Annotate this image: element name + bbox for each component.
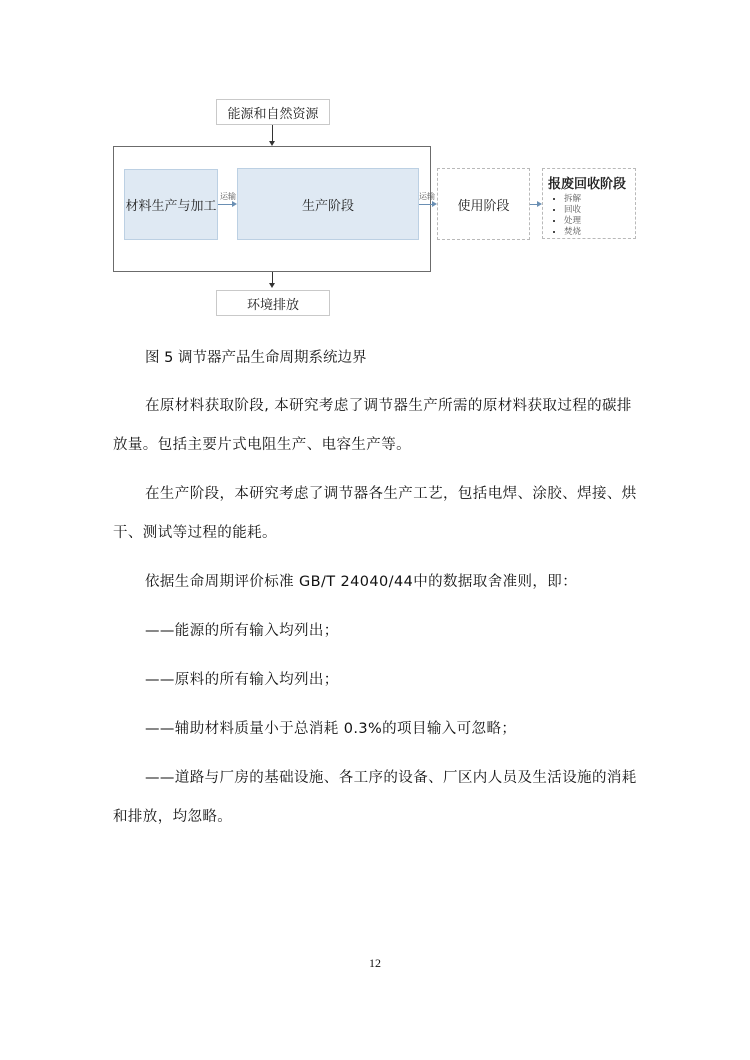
stage-recycle-box: 报废回收阶段 拆解 回收 处理 焚烧 [542,168,636,239]
arrow-down-icon [269,283,275,288]
paragraph-criteria-intro: 依据生命周期评价标准 GB/T 24040/44中的数据取舍准则，即： [113,572,643,592]
input-connector [272,125,273,142]
recycle-item: 回收 [564,205,581,216]
recycle-item: 处理 [564,216,581,227]
recycle-item: 拆解 [564,194,581,205]
transport-connector-1 [218,204,232,205]
stage-production-label: 生产阶段 [302,195,354,214]
paragraph-raw-materials-line2: 放量。包括主要片式电阻生产、电容生产等。 [113,435,643,455]
recycle-item: 焚烧 [564,227,581,238]
criteria-rule-infrastructure-line1: ——道路与厂房的基础设施、各工序的设备、厂区内人员及生活设施的消耗 [113,768,643,788]
transport-connector-2 [419,204,432,205]
figure-caption: 图 5 调节器产品生命周期系统边界 [145,346,366,367]
paragraph-production-line1: 在生产阶段，本研究考虑了调节器各生产工艺，包括电焊、涂胶、焊接、烘 [113,484,643,504]
criteria-rule-raw-materials: ——原料的所有输入均列出； [113,670,643,690]
criteria-rule-energy: ——能源的所有输入均列出； [113,621,643,641]
stage-materials-box: 材料生产与加工 [124,169,218,240]
criteria-rule-auxiliary: ——辅助材料质量小于总消耗 0.3%的项目输入可忽略； [113,719,643,739]
output-box-label: 环境排放 [247,294,299,313]
output-box-emissions: 环境排放 [216,290,330,316]
recycle-items-list: 拆解 回收 处理 焚烧 [548,194,581,238]
stage-use-label: 使用阶段 [457,195,509,214]
criteria-rule-infrastructure-line2: 和排放，均忽略。 [113,807,643,827]
stage-materials-label: 材料生产与加工 [125,195,216,214]
paragraph-production-line2: 干、测试等过程的能耗。 [113,523,643,543]
page-number: 12 [0,956,750,971]
input-box-label: 能源和自然资源 [227,103,318,122]
stage-recycle-title: 报废回收阶段 [548,173,626,192]
stage-production-box: 生产阶段 [237,168,419,240]
paragraph-raw-materials-line1: 在原材料获取阶段, 本研究考虑了调节器生产所需的原材料获取过程的碳排 [113,396,643,416]
input-box-energy-resources: 能源和自然资源 [216,99,330,125]
stage-use-box: 使用阶段 [437,168,530,240]
